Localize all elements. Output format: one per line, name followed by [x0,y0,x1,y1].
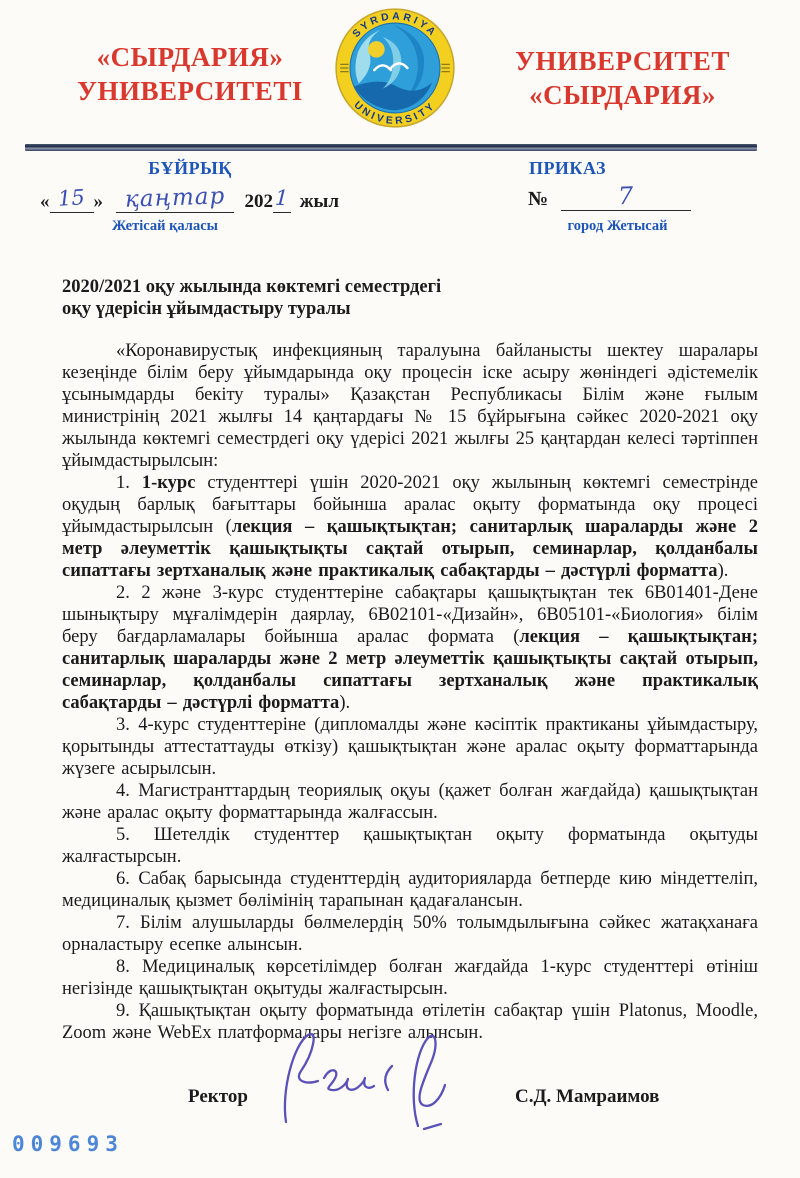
quote-close: » [94,191,104,212]
year-suffix: жыл [300,191,339,212]
order-item: 1. 1-курс студенттері үшін 2020-2021 оқу… [62,472,758,582]
handwritten-day: 15 [57,185,85,211]
org-name-kazakh-line1: «СЫРДАРИЯ» [50,40,330,74]
order-item: 8. Медициналық көрсетілімдер болған жағд… [62,956,758,1000]
order-item: 6. Сабақ барысында студенттердің аудитор… [62,868,758,912]
signer-role: Ректор [188,1086,248,1108]
order-item-text: 6. Сабақ барысында студенттердің аудитор… [62,869,758,911]
order-item-text: 5. Шетелдік студенттер қашықтықтан оқыту… [62,825,758,867]
document-title-line2: оқу үдерісін ұйымдастыру туралы [62,298,622,320]
header-divider [25,144,757,151]
order-item: 2. 2 және 3-курс студенттеріне сабақтары… [62,582,758,714]
org-name-kazakh: «СЫРДАРИЯ» УНИВЕРСИТЕТІ [50,40,330,108]
order-number-field: 7 [561,184,691,211]
date-month-field: қаңтар [116,186,234,213]
order-item-text: ). [718,561,729,581]
document-title-line1: 2020/2021 оқу жылында көктемгі семестрде… [62,276,622,298]
order-item-text-bold: 1-курс [142,473,196,493]
order-item-text: 4. Магистранттардың теориялық оқуы (қаже… [62,781,758,823]
order-item-text: ). [339,693,350,713]
handwritten-year-digit: 1 [275,186,290,211]
city-kazakh: Жетісай қаласы [85,218,245,235]
rector-signature [272,1026,497,1138]
order-label-russian: ПРИКАЗ [495,158,640,179]
date-day-field: 15 [50,186,94,213]
org-name-kazakh-line2: УНИВЕРСИТЕТІ [50,74,330,108]
order-item-text: 1. [116,473,142,493]
order-item: 4. Магистранттардың теориялық оқуы (қаже… [62,780,758,824]
signer-name: С.Д. Мамраимов [515,1086,659,1108]
order-number-line: № 7 [528,184,691,211]
intro-paragraph: «Коронавирустық инфекцияның таралуына ба… [62,340,758,472]
document-title: 2020/2021 оқу жылында көктемгі семестрде… [62,276,622,320]
year-printed: 202 [245,191,274,212]
number-label: № [528,188,548,210]
year-digit-field: 1 [273,186,291,213]
handwritten-month: қаңтар [124,184,225,211]
order-item-text: 8. Медициналық көрсетілімдер болған жағд… [62,957,758,999]
order-items: 1. 1-курс студенттері үшін 2020-2021 оқу… [62,472,758,1044]
order-item-text: 7. Білім алушыларды бөлмелердің 50% толы… [62,913,758,955]
order-item: 7. Білім алушыларды бөлмелердің 50% толы… [62,912,758,956]
order-item: 3. 4-курс студенттеріне (дипломалды және… [62,714,758,780]
order-date-line: «15» қаңтар 2021 жыл [40,186,339,213]
quote-open: « [40,191,50,212]
order-item: 5. Шетелдік студенттер қашықтықтан оқыту… [62,824,758,868]
order-item-text: 3. 4-курс студенттеріне (дипломалды және… [62,715,758,779]
document-body: «Коронавирустық инфекцияның таралуына ба… [62,340,758,1044]
handwritten-number: 7 [618,184,634,209]
scanned-order-document: «СЫРДАРИЯ» УНИВЕРСИТЕТІ SYRDARIYA UNIVER… [0,0,800,1178]
city-russian: город Жетысай [545,218,690,235]
org-name-russian-line1: УНИВЕРСИТЕТ [500,44,745,78]
org-name-russian: УНИВЕРСИТЕТ «СЫРДАРИЯ» [500,44,745,112]
university-logo-icon: SYRDARIYA UNIVERSITY [333,6,457,130]
order-label-kazakh: БҰЙРЫҚ [50,158,330,179]
org-name-russian-line2: «СЫРДАРИЯ» [500,78,745,112]
document-serial-number: 009693 [12,1132,124,1156]
